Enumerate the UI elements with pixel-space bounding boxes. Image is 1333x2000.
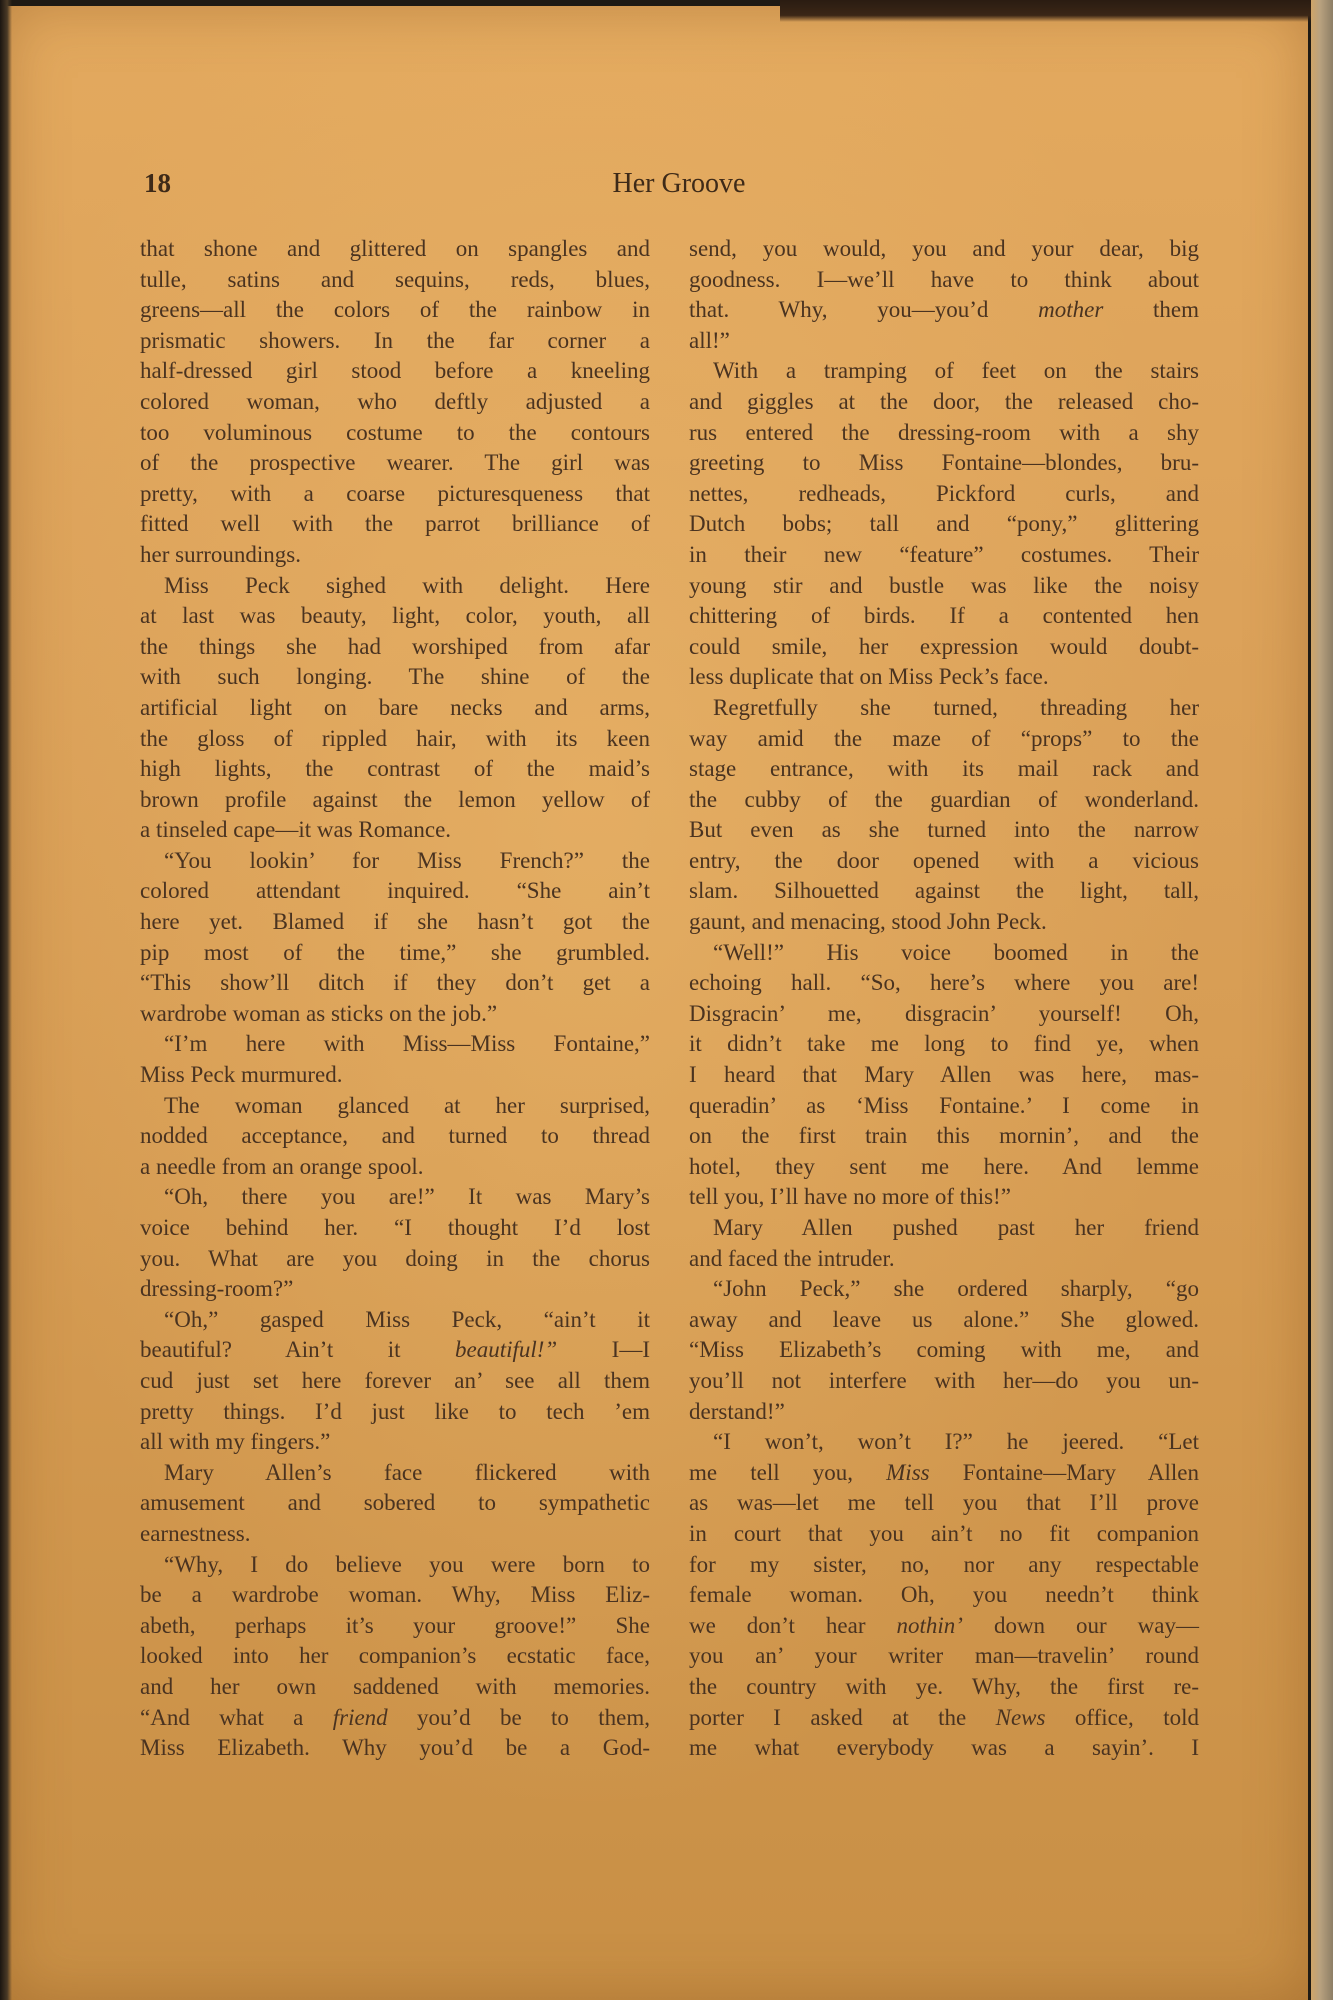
text-line: young stir and bustle was like the noisy bbox=[689, 571, 1199, 602]
text-line: fitted well with the parrot brilliance o… bbox=[140, 509, 650, 540]
text-line: slam. Silhouetted against the light, tal… bbox=[689, 876, 1199, 907]
text-line: echoing hall. “So, here’s where you are! bbox=[689, 968, 1199, 999]
text-line: me what everybody was a sayin’. I bbox=[689, 1733, 1199, 1764]
text-line: a needle from an orange spool. bbox=[140, 1152, 650, 1183]
text-line: in court that you ain’t no fit companion bbox=[689, 1519, 1199, 1550]
text-line: as was—let me tell you that I’ll prove bbox=[689, 1488, 1199, 1519]
text-line: Mary Allen pushed past her friend bbox=[689, 1213, 1199, 1244]
text-line: greens—all the colors of the rainbow in bbox=[140, 295, 650, 326]
page-header: 18 Her Groove bbox=[144, 168, 1214, 208]
text-line: “I won’t, won’t I?” he jeered. “Let bbox=[689, 1427, 1199, 1458]
text-line: porter I asked at the News office, told bbox=[689, 1703, 1199, 1734]
text-line: that. Why, you—you’d mother them bbox=[689, 295, 1199, 326]
text-line: away and leave us alone.” She glowed. bbox=[689, 1305, 1199, 1336]
text-line: “Oh, there you are!” It was Mary’s bbox=[140, 1182, 650, 1213]
text-line: and giggles at the door, the released ch… bbox=[689, 387, 1199, 418]
italic-emphasis: friend bbox=[333, 1705, 388, 1730]
text-line: and faced the intruder. bbox=[689, 1244, 1199, 1275]
text-line: looked into her companion’s ecstatic fac… bbox=[140, 1641, 650, 1672]
text-line: the country with ye. Why, the first re- bbox=[689, 1672, 1199, 1703]
binding-shadow bbox=[780, 0, 1333, 22]
text-line: “You lookin’ for Miss French?” the bbox=[140, 846, 650, 877]
text-line: “I’m here with Miss—Miss Fontaine,” bbox=[140, 1029, 650, 1060]
text-line: wardrobe woman as sticks on the job.” bbox=[140, 999, 650, 1030]
text-column-right: send, you would, you and your dear, bigg… bbox=[689, 234, 1199, 1764]
text-line: prismatic showers. In the far corner a bbox=[140, 326, 650, 357]
text-line: Miss Elizabeth. Why you’d be a God- bbox=[140, 1733, 650, 1764]
italic-emphasis: Miss bbox=[886, 1460, 929, 1485]
text-line: “And what a friend you’d be to them, bbox=[140, 1703, 650, 1734]
text-line: half-dressed girl stood before a kneelin… bbox=[140, 356, 650, 387]
text-line: “Oh,” gasped Miss Peck, “ain’t it bbox=[140, 1305, 650, 1336]
text-line: the things she had worshiped from afar bbox=[140, 632, 650, 663]
text-line: all with my fingers.” bbox=[140, 1427, 650, 1458]
text-line: send, you would, you and your dear, big bbox=[689, 234, 1199, 265]
text-line: nettes, redheads, Pickford curls, and bbox=[689, 479, 1199, 510]
text-line: Mary Allen’s face flickered with bbox=[140, 1458, 650, 1489]
text-line: the gloss of rippled hair, with its keen bbox=[140, 724, 650, 755]
text-line: earnestness. bbox=[140, 1519, 650, 1550]
text-line: nodded acceptance, and turned to thread bbox=[140, 1121, 650, 1152]
text-line: for my sister, no, nor any respectable bbox=[689, 1550, 1199, 1581]
text-line: it didn’t take me long to find ye, when bbox=[689, 1029, 1199, 1060]
text-line: With a tramping of feet on the stairs bbox=[689, 356, 1199, 387]
page-left-edge bbox=[0, 0, 12, 2000]
text-line: brown profile against the lemon yellow o… bbox=[140, 785, 650, 816]
text-line: female woman. Oh, you needn’t think bbox=[689, 1580, 1199, 1611]
text-line: Regretfully she turned, threading her bbox=[689, 693, 1199, 724]
text-line: Miss Peck murmured. bbox=[140, 1060, 650, 1091]
text-line: pretty things. I’d just like to tech ’em bbox=[140, 1397, 650, 1428]
text-line: I heard that Mary Allen was here, mas- bbox=[689, 1060, 1199, 1091]
italic-emphasis: mother bbox=[1038, 297, 1103, 322]
text-line: her surroundings. bbox=[140, 540, 650, 571]
text-line: a tinseled cape—it was Romance. bbox=[140, 815, 650, 846]
text-line: pretty, with a coarse picturesqueness th… bbox=[140, 479, 650, 510]
text-line: “Why, I do believe you were born to bbox=[140, 1550, 650, 1581]
text-line: rus entered the dressing-room with a shy bbox=[689, 418, 1199, 449]
text-line: “Miss Elizabeth’s coming with me, and bbox=[689, 1335, 1199, 1366]
text-line: gaunt, and menacing, stood John Peck. bbox=[689, 907, 1199, 938]
text-line: you. What are you doing in the chorus bbox=[140, 1244, 650, 1275]
text-line: tell you, I’ll have no more of this!” bbox=[689, 1182, 1199, 1213]
page-right-edge bbox=[1311, 0, 1333, 2000]
text-line: “Well!” His voice boomed in the bbox=[689, 938, 1199, 969]
text-line: me tell you, Miss Fontaine—Mary Allen bbox=[689, 1458, 1199, 1489]
text-line: in their new “feature” costumes. Their bbox=[689, 540, 1199, 571]
italic-emphasis: nothin’ bbox=[897, 1613, 963, 1638]
text-line: derstand!” bbox=[689, 1397, 1199, 1428]
text-line: tulle, satins and sequins, reds, blues, bbox=[140, 265, 650, 296]
text-line: be a wardrobe woman. Why, Miss Eliz- bbox=[140, 1580, 650, 1611]
text-line: all!” bbox=[689, 326, 1199, 357]
text-line: Dutch bobs; tall and “pony,” glittering bbox=[689, 509, 1199, 540]
text-line: you an’ your writer man—travelin’ round bbox=[689, 1641, 1199, 1672]
text-line: here yet. Blamed if she hasn’t got the bbox=[140, 907, 650, 938]
text-line: hotel, they sent me here. And lemme bbox=[689, 1152, 1199, 1183]
text-line: stage entrance, with its mail rack and bbox=[689, 754, 1199, 785]
text-line: Disgracin’ me, disgracin’ yourself! Oh, bbox=[689, 999, 1199, 1030]
text-column-left: that shone and glittered on spangles and… bbox=[140, 234, 650, 1764]
text-line: pip most of the time,” she grumbled. bbox=[140, 938, 650, 969]
text-line: dressing-room?” bbox=[140, 1274, 650, 1305]
text-line: we don’t hear nothin’ down our way— bbox=[689, 1611, 1199, 1642]
text-line: at last was beauty, light, color, youth,… bbox=[140, 601, 650, 632]
italic-emphasis: News bbox=[996, 1705, 1046, 1730]
text-line: “This show’ll ditch if they don’t get a bbox=[140, 968, 650, 999]
text-line: way amid the maze of “props” to the bbox=[689, 724, 1199, 755]
book-page: 18 Her Groove that shone and glittered o… bbox=[6, 6, 1308, 2000]
text-line: goodness. I—we’ll have to think about bbox=[689, 265, 1199, 296]
text-line: queradin’ as ‘Miss Fontaine.’ I come in bbox=[689, 1091, 1199, 1122]
text-line: voice behind her. “I thought I’d lost bbox=[140, 1213, 650, 1244]
text-line: The woman glanced at her surprised, bbox=[140, 1091, 650, 1122]
text-line: could smile, her expression would doubt- bbox=[689, 632, 1199, 663]
text-line: chittering of birds. If a contented hen bbox=[689, 601, 1199, 632]
text-line: less duplicate that on Miss Peck’s face. bbox=[689, 662, 1199, 693]
text-line: too voluminous costume to the contours bbox=[140, 418, 650, 449]
text-line: amusement and sobered to sympathetic bbox=[140, 1488, 650, 1519]
text-line: cud just set here forever an’ see all th… bbox=[140, 1366, 650, 1397]
text-line: you’ll not interfere with her—do you un- bbox=[689, 1366, 1199, 1397]
text-line: greeting to Miss Fontaine—blondes, bru- bbox=[689, 448, 1199, 479]
text-line: abeth, perhaps it’s your groove!” She bbox=[140, 1611, 650, 1642]
text-line: Miss Peck sighed with delight. Here bbox=[140, 571, 650, 602]
running-head-title: Her Groove bbox=[144, 168, 1214, 200]
text-line: that shone and glittered on spangles and bbox=[140, 234, 650, 265]
text-line: of the prospective wearer. The girl was bbox=[140, 448, 650, 479]
text-line: beautiful? Ain’t it beautiful!” I—I bbox=[140, 1335, 650, 1366]
text-line: artificial light on bare necks and arms, bbox=[140, 693, 650, 724]
text-line: and her own saddened with memories. bbox=[140, 1672, 650, 1703]
text-line: “John Peck,” she ordered sharply, “go bbox=[689, 1274, 1199, 1305]
text-line: high lights, the contrast of the maid’s bbox=[140, 754, 650, 785]
text-line: the cubby of the guardian of wonderland. bbox=[689, 785, 1199, 816]
text-line: on the first train this mornin’, and the bbox=[689, 1121, 1199, 1152]
text-line: colored woman, who deftly adjusted a bbox=[140, 387, 650, 418]
text-line: with such longing. The shine of the bbox=[140, 662, 650, 693]
italic-emphasis: beautiful!” bbox=[455, 1337, 557, 1362]
text-line: entry, the door opened with a vicious bbox=[689, 846, 1199, 877]
text-line: But even as she turned into the narrow bbox=[689, 815, 1199, 846]
text-line: colored attendant inquired. “She ain’t bbox=[140, 876, 650, 907]
